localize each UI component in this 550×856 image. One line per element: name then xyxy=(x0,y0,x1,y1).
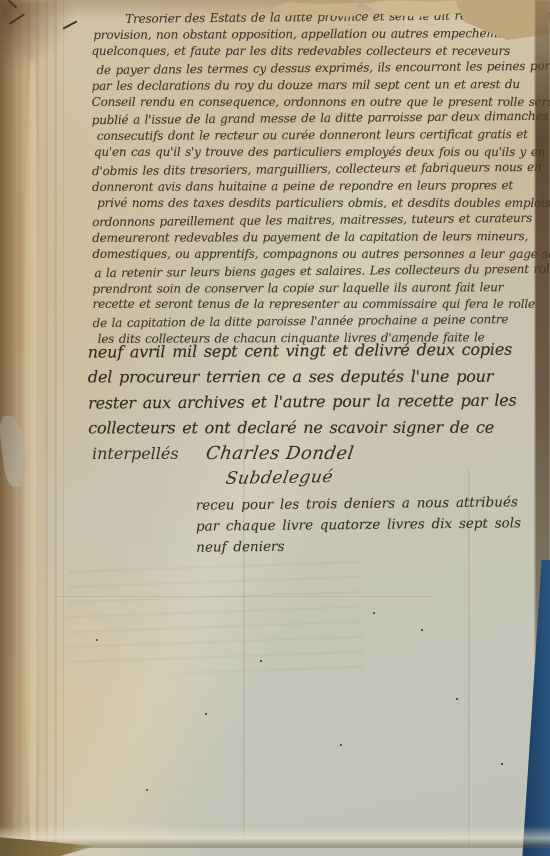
manuscript-line: quelconques, et faute par les dits redev… xyxy=(91,43,543,60)
manuscript-line: collecteurs et ont declaré ne scavoir si… xyxy=(88,414,548,440)
manuscript-line: demeureront redevables du payement de la… xyxy=(92,228,544,247)
binding-corner-shadow xyxy=(0,0,85,95)
receipt-note: receu pour les trois deniers a nous attr… xyxy=(196,492,522,558)
horizontal-crease xyxy=(55,596,435,599)
manuscript-closing-text: neuf avril mil sept cent vingt et delivr… xyxy=(88,336,549,442)
manuscript-line: del procureur terrien ce a ses deputés l… xyxy=(88,363,548,389)
signature-title-subdelegue: Subdelegué xyxy=(224,467,334,489)
manuscript-line: provision, non obstant opposition, appel… xyxy=(93,25,543,44)
ink-bleedthrough-patch xyxy=(68,558,363,673)
signature-charles-dondel: Charles Dondel xyxy=(204,443,355,464)
manuscript-line: privé noms des taxes desdits particulier… xyxy=(97,195,544,212)
manuscript-line: domestiques, ou apprentifs, compagnons o… xyxy=(92,246,544,263)
manuscript-body-text: Tresorier des Estats de la ditte provinc… xyxy=(91,8,544,348)
attestation-line: interpellés Charles Dondel xyxy=(92,443,354,464)
manuscript-page: Tresorier des Estats de la ditte provinc… xyxy=(0,0,550,856)
receipt-line: par chaque livre quatorze livres dix sep… xyxy=(196,513,521,537)
manuscript-line: consecutifs dont le recteur ou curée don… xyxy=(97,126,544,145)
torn-page-edge-left xyxy=(25,60,39,850)
manuscript-line: donneront avis dans huitaine a peine de … xyxy=(92,177,544,196)
manuscript-line: par les declarations du roy du douze mar… xyxy=(92,76,544,95)
attestation-label: interpellés xyxy=(92,444,179,463)
manuscript-line: neuf avril mil sept cent vingt et delivr… xyxy=(88,336,548,365)
photo-background: Tresorier des Estats de la ditte provinc… xyxy=(0,0,550,856)
ink-specks xyxy=(373,612,375,614)
receipt-line: neuf deniers xyxy=(196,534,521,558)
manuscript-line: rester aux archives et l'autre pour la r… xyxy=(88,388,548,417)
